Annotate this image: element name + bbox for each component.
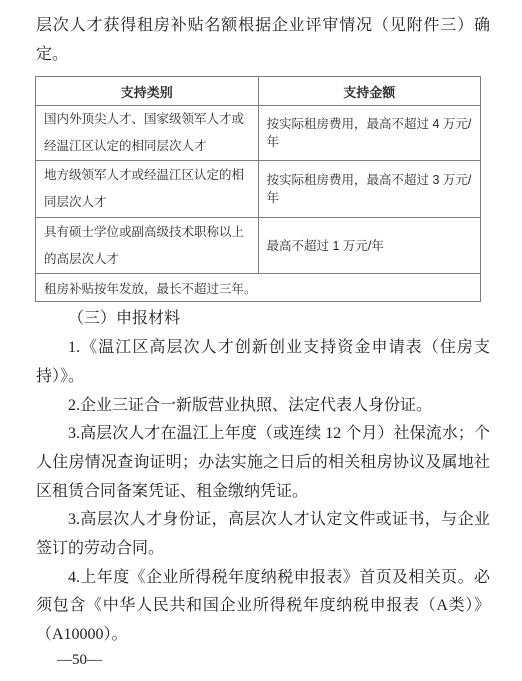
table-header-row: 支持类别 支持金额 [36,77,481,106]
category-cell: 国内外顶尖人才、国家级领军人才或经温江区认定的相同层次人才 [36,106,259,161]
table-row: 具有硕士学位或副高级技术职称以上的高层次人才 最高不超过 1 万元/年 [36,218,481,274]
document-page: 层次人才获得租房补贴名额根据企业评审情况（见附件三）确定。 支持类别 支持金额 … [0,0,522,681]
column-header-support-category: 支持类别 [36,77,259,106]
category-cell: 具有硕士学位或副高级技术职称以上的高层次人才 [36,218,259,274]
intro-paragraph: 层次人才获得租房补贴名额根据企业评审情况（见附件三）确定。 [36,12,490,69]
material-item: 1.《温江区高层次人才创新创业支持资金申请表（住房支持）》。 [36,334,490,391]
table-footnote-cell: 租房补贴按年发放，最长不超过三年。 [36,274,481,302]
material-item: 2.企业三证合一新版营业执照、法定代表人身份证。 [36,392,490,421]
table-footnote-row: 租房补贴按年发放，最长不超过三年。 [36,274,481,302]
amount-cell: 按实际租房费用，最高不超过 4 万元/年 [258,106,481,161]
amount-cell: 最高不超过 1 万元/年 [258,218,481,274]
amount-cell: 按实际租房费用，最高不超过 3 万元/年 [258,161,481,218]
material-item: 4.上年度《企业所得税年度纳税申报表》首页及相关页。必须包含《中华人民共和国企业… [36,564,490,650]
subsidy-table: 支持类别 支持金额 国内外顶尖人才、国家级领军人才或经温江区认定的相同层次人才 … [35,76,481,302]
page-number: —50— [57,652,102,669]
material-item: 3.高层次人才在温江上年度（或连续 12 个月）社保流水；个人住房情况查询证明；… [36,420,490,506]
column-header-support-amount: 支持金额 [258,77,481,106]
table-row: 地方级领军人才或经温江区认定的相同层次人才 按实际租房费用，最高不超过 3 万元… [36,161,481,218]
category-cell: 地方级领军人才或经温江区认定的相同层次人才 [36,161,259,218]
material-item: 3.高层次人才身份证，高层次人才认定文件或证书，与企业签订的劳动合同。 [36,506,490,563]
table-row: 国内外顶尖人才、国家级领军人才或经温江区认定的相同层次人才 按实际租房费用，最高… [36,106,481,161]
section-heading: （三）申报材料 [36,305,490,334]
